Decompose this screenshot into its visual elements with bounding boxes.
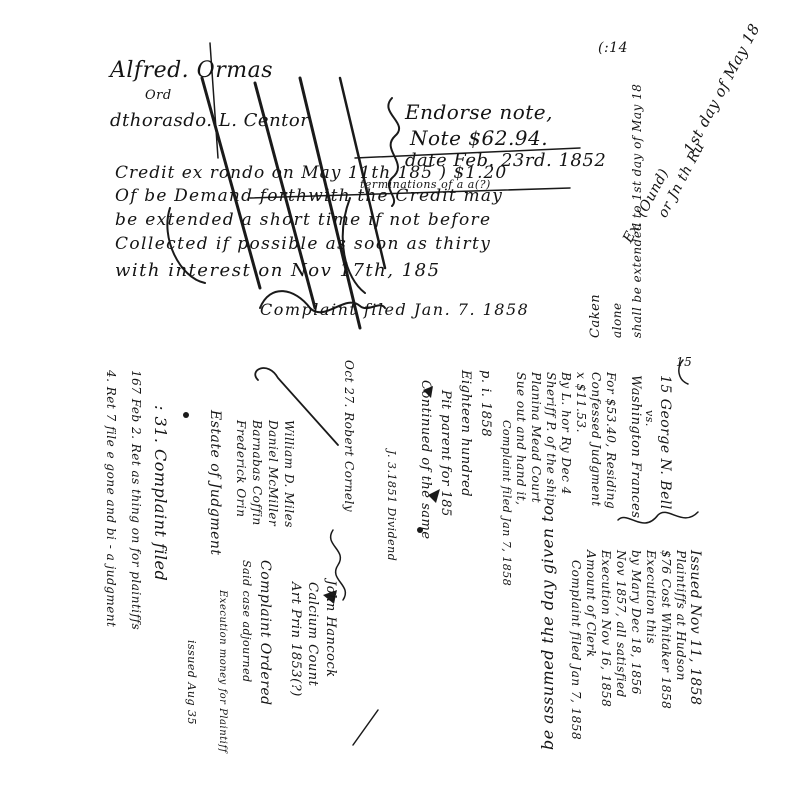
- vertical-script: Eighteen hundred: [458, 370, 473, 497]
- vertical-script: Planina Mead Court: [529, 372, 543, 503]
- vertical-script: Frederick Orin: [234, 420, 248, 517]
- vertical-script: Art Prin 1853(?): [288, 582, 303, 697]
- vertical-script: x $11.53.: [574, 372, 588, 433]
- vertical-script: Sue out and hand it,: [514, 372, 528, 505]
- vertical-script: Execution Nov 16, 1858: [599, 550, 613, 707]
- stamp-top: Alfred. Ormas Ord dthorasdo. L. Centor C…: [110, 38, 710, 338]
- script-line: Collected if possible as soon as thirty: [115, 234, 491, 254]
- vertical-script: Complaint Ordered: [257, 560, 273, 706]
- vertical-script: Calcium Count: [305, 582, 320, 686]
- vertical-script: vs.: [643, 410, 656, 427]
- vertical-script: : 31. Complaint filed: [151, 405, 170, 581]
- vertical-script: Amount of Clerk: [584, 550, 598, 657]
- script-line: with interest on Nov 17th, 185: [115, 260, 441, 281]
- vertical-script: By L. hor Ry Dec 4: [559, 372, 573, 495]
- vertical-script: p. i. 1858: [478, 370, 493, 437]
- vertical-script: alone: [610, 302, 624, 338]
- vertical-script: For $53.40, Residing: [604, 372, 618, 509]
- vertical-script: Oct 27. Robert Cornely: [342, 360, 356, 512]
- vertical-script: Confessed Judgment: [589, 372, 603, 507]
- note-line: Note $62.94.: [410, 126, 548, 150]
- script-line: Alfred. Ormas: [110, 58, 273, 83]
- vertical-script: Continued of the same: [418, 380, 433, 540]
- vertical-script: Estate of Judgment: [207, 410, 223, 556]
- vertical-script: Washington Frances: [628, 375, 643, 518]
- vertical-script: by Mary Dec 18, 1856: [629, 550, 643, 695]
- script-line: dthorasdo. L. Centor: [110, 110, 309, 131]
- vertical-script: J. 3.1851 Dividend: [385, 450, 398, 561]
- vertical-script: Barnabas Coffin: [250, 420, 264, 526]
- vertical-script: Said case adjourned: [240, 560, 253, 683]
- script-line: be extended a short time if not before: [115, 210, 491, 230]
- vertical-script: Issued Nov 11, 1858: [687, 550, 703, 706]
- vertical-script: 167 Feb 2. Ret as thing on for plaintiff…: [129, 370, 143, 630]
- corner-mark: (:14: [598, 40, 628, 56]
- corner-mark: 15: [676, 355, 692, 369]
- vertical-script: $76 Cost Whitaker 1858: [659, 550, 673, 709]
- vertical-script: shall be extended to 1st day of May 18: [630, 84, 644, 338]
- vertical-script: William D. Miles: [282, 420, 296, 528]
- vertical-script: be assumed the day given to: [538, 505, 557, 750]
- vertical-script: Caken: [588, 294, 603, 338]
- vertical-script: Nov 1857, all satisfied: [614, 550, 628, 698]
- note-line: date Feb. 23rd. 1852: [405, 150, 606, 171]
- vertical-script: Sheriff P. of the ship: [544, 372, 558, 506]
- script-line: Ord: [145, 88, 172, 103]
- vertical-script: Execution this: [644, 550, 658, 644]
- vertical-script: John Hancock: [323, 580, 338, 678]
- stamp-bottom: 4. Ret 7 file e gone and bi - a judgment…: [98, 350, 710, 760]
- vertical-script: Execution money for Plaintiff: [217, 590, 228, 753]
- vertical-script: 15 George N. Bell: [657, 375, 673, 510]
- vertical-script: 4. Ret 7 file e gone and bi - a judgment: [104, 370, 118, 627]
- note-line: Endorse note,: [405, 100, 553, 124]
- vertical-script: Complaint filed Jan 7, 1858: [500, 420, 513, 586]
- vertical-script: Pit parent for 185: [438, 390, 453, 517]
- vertical-script: Plaintiffs at Hudson: [674, 550, 688, 681]
- vertical-script: Complaint filed Jan 7, 1858: [569, 560, 583, 740]
- script-line: Complaint filed Jan. 7. 1858: [260, 300, 529, 319]
- note-line: terminations of a a(?): [360, 178, 491, 191]
- vertical-script: Daniel McMiller: [266, 420, 280, 526]
- vertical-script: issued Aug 35: [185, 640, 198, 725]
